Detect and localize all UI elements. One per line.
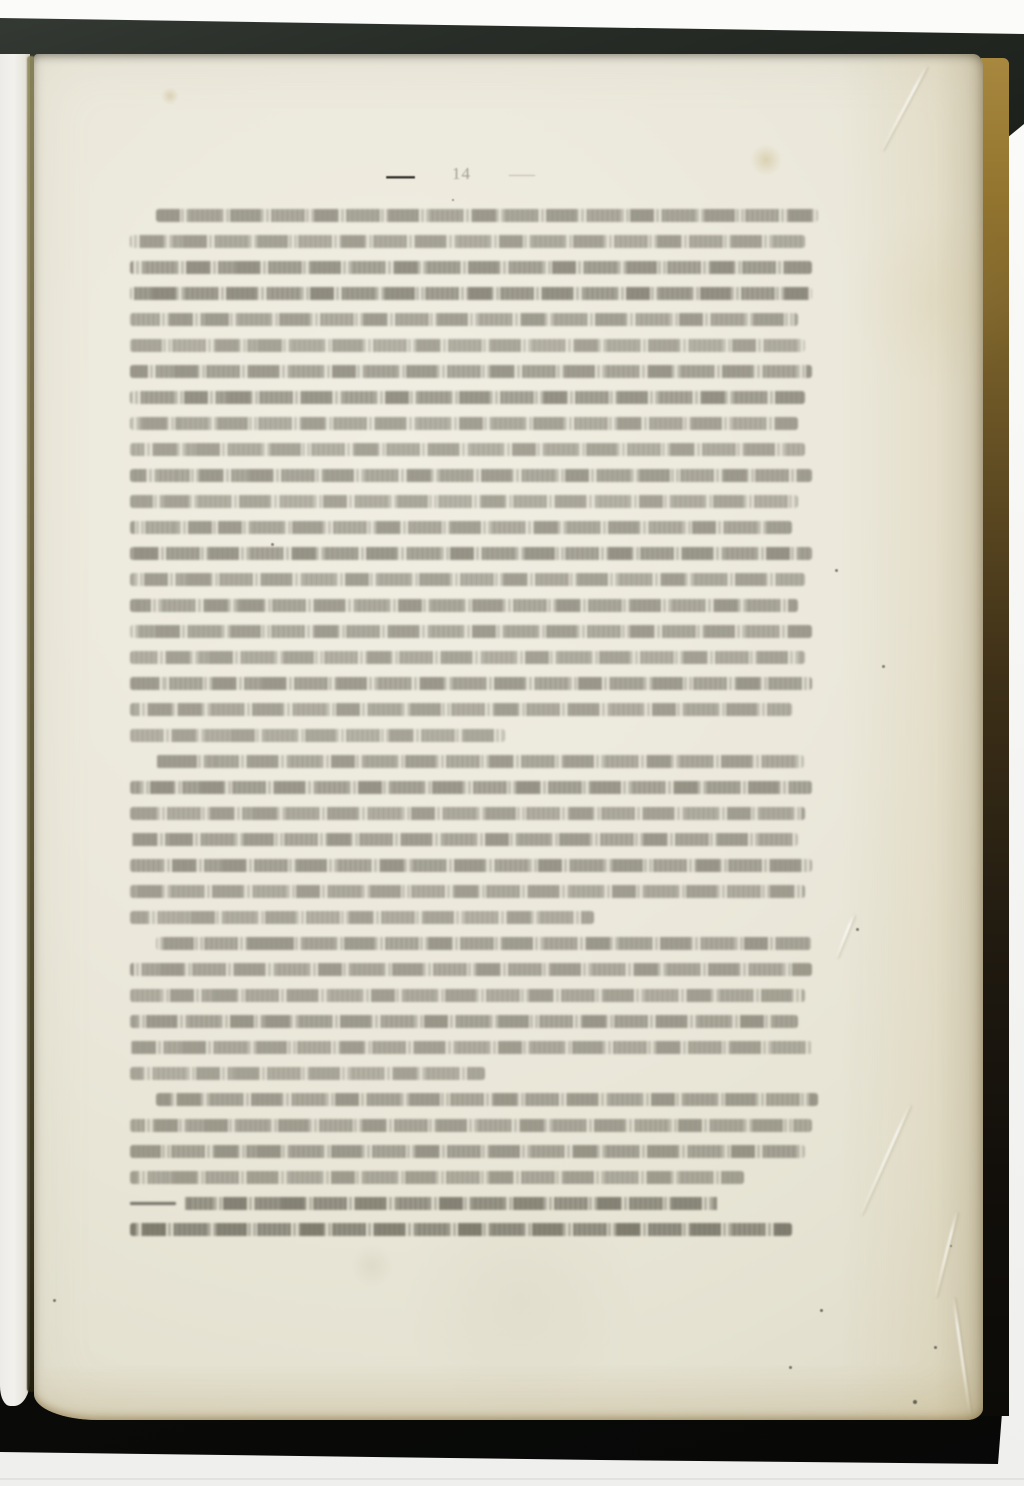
ghost-text-line (130, 573, 805, 586)
paper-speck (934, 1346, 937, 1349)
ghost-text-line (130, 521, 792, 534)
ghost-text-line (130, 989, 805, 1002)
book-page: — 14 — (34, 54, 983, 1420)
ghost-text-line (156, 937, 811, 950)
ghost-text-line (130, 339, 805, 352)
faded-text-block (130, 209, 812, 1249)
ghost-text-line (130, 287, 812, 300)
paper-speck (913, 1400, 917, 1404)
ghost-text-line (130, 443, 805, 456)
ghost-text-line (130, 1145, 805, 1158)
scanner-bed-line (0, 1478, 1024, 1480)
footnote-dash (130, 1202, 176, 1205)
paper-speck (856, 928, 859, 931)
ghost-text-line (130, 885, 805, 898)
ghost-text-line (130, 859, 812, 872)
paper-speck (789, 1366, 792, 1369)
ghost-text-line (130, 781, 812, 794)
facing-page-edge (0, 54, 30, 1406)
ghost-text-line (130, 651, 805, 664)
ghost-text-line (130, 703, 792, 716)
ghost-text-line (130, 1041, 812, 1054)
page-number-left-dash: — (386, 157, 414, 191)
page-number-right-dash: — (509, 164, 535, 184)
ghost-text-line (130, 391, 805, 404)
ghost-text-line (130, 807, 805, 820)
paper-speck (271, 543, 274, 546)
paper-speck (835, 569, 838, 572)
ghost-text-line (130, 365, 812, 378)
ghost-text-line (130, 911, 594, 924)
paper-speck (820, 1309, 823, 1312)
ghost-text-line (130, 833, 798, 846)
ghost-text-line (130, 1171, 744, 1184)
ghost-text-line (130, 495, 798, 508)
scanned-book-page-photo: — 14 — (0, 0, 1024, 1486)
ghost-text-line (130, 261, 812, 274)
paper-speck (53, 1299, 56, 1302)
paper-speck (452, 199, 454, 201)
ghost-text-line (130, 313, 798, 326)
ghost-text-line (130, 235, 805, 248)
ghost-text-line (130, 1015, 798, 1028)
ghost-text-line (130, 417, 798, 430)
ghost-text-line (130, 469, 812, 482)
ghost-text-line (156, 209, 818, 222)
page-block-fore-edge (981, 58, 1009, 1416)
ghost-text-line (130, 599, 798, 612)
ghost-text-line (130, 729, 505, 742)
footnote-line (130, 1197, 717, 1210)
paper-speck (882, 665, 885, 668)
ghost-text-line (156, 755, 804, 768)
ghost-text-line (130, 625, 812, 638)
ghost-text-line (130, 963, 812, 976)
page-number: — 14 — (390, 162, 532, 186)
ghost-text-line (156, 1093, 818, 1106)
ghost-text-line (130, 1223, 792, 1236)
ghost-text-line (130, 547, 812, 560)
ghost-text-line (130, 1067, 485, 1080)
paper-speck (950, 1245, 952, 1247)
page-number-value: 14 (452, 164, 471, 184)
ghost-text-line (130, 677, 812, 690)
ghost-text-line (130, 1119, 812, 1132)
